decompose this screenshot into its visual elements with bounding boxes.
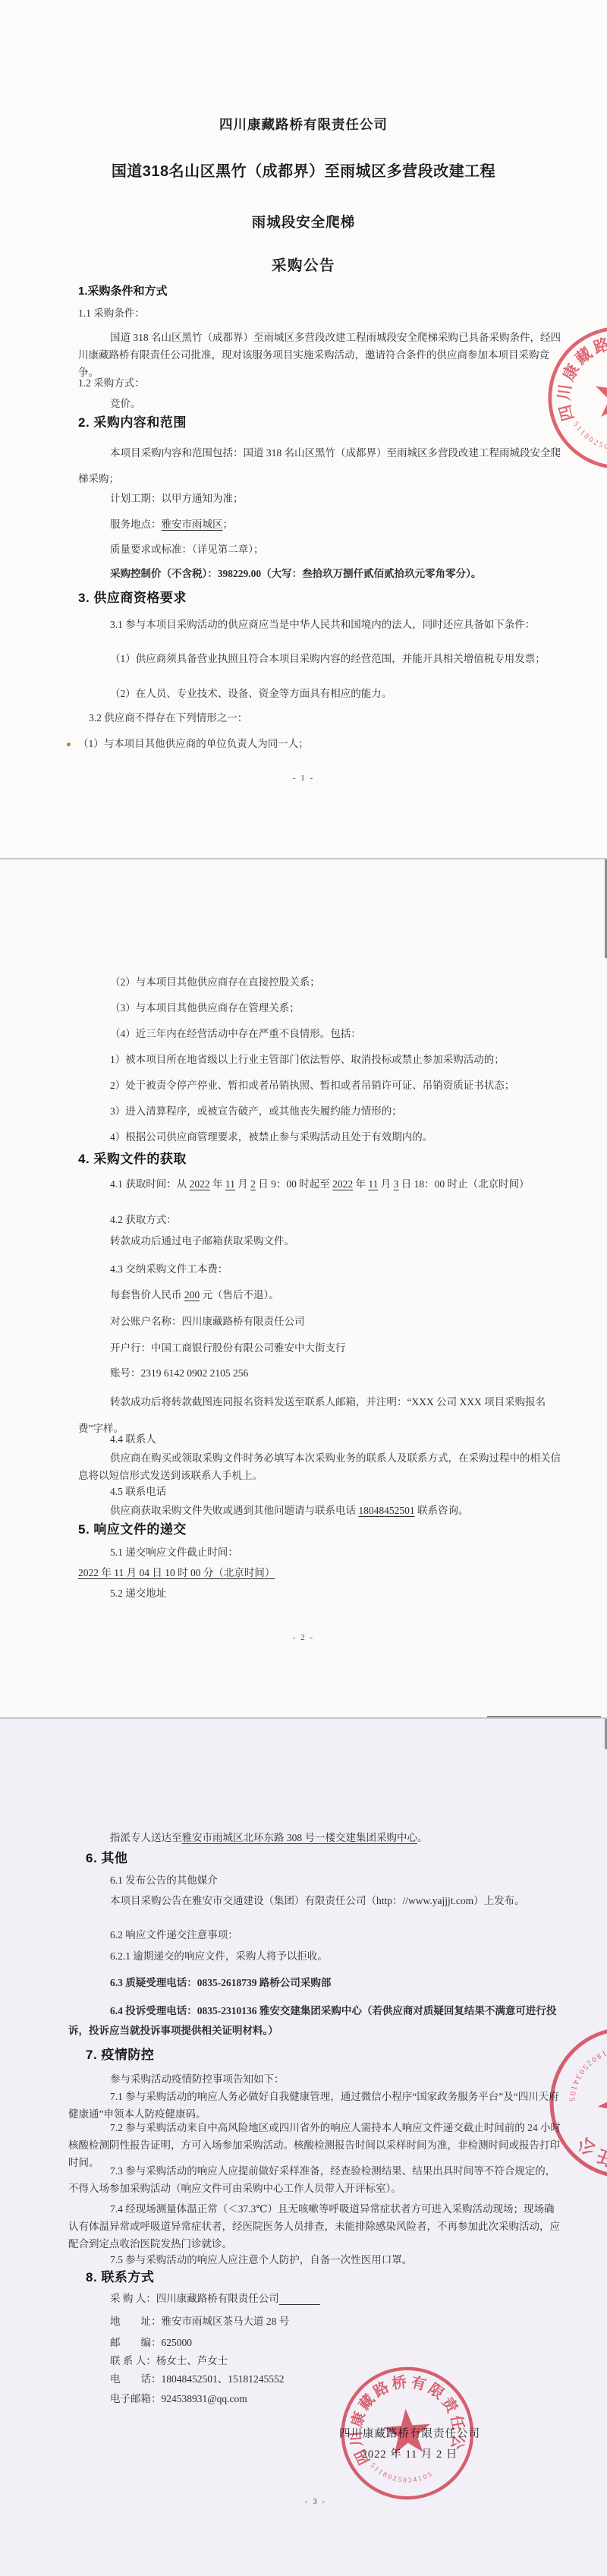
account-number: 账号：2319 6142 0902 2105 256 [78,1364,563,1382]
subheading-4-3: 4.3 交纳采购文件工本费： [78,1260,563,1278]
forbidden-item-1: （1）与本项目其他供应商的单位负责人为同一人； [78,735,563,752]
company-title: 四川康藏路桥有限责任公司 [0,116,607,134]
buyer-zipcode: 邮 编：625000 [68,2334,563,2351]
buyer-name: 采 购 人：四川康藏路桥有限责任公司 [68,2290,563,2307]
subheading-6-2: 6.2 响应文件递交注意事项： [68,1926,563,1944]
document-page-3: 指派专人送达至雅安市雨城区北环东路 308 号一楼交建集团采购中心。 6. 其他… [0,1717,607,2576]
buyer-email: 电子邮箱：924538931@qq.com [68,2390,563,2407]
seal-code-text: 5118025034105 [368,2458,435,2487]
company-seal-signature: 四川康藏路桥有限责任公司 5118025034105 [332,2358,483,2513]
subheading-5-1: 5.1 递交响应文件截止时间： [78,1543,563,1561]
heading-7: 7. 疫情防控 [86,2046,563,2064]
plan-period: 计划工期：以甲方通知为准； [78,490,563,507]
section-title: 雨城段安全爬梯 [0,213,607,231]
subheading-1-1: 1.1 采购条件： [78,304,563,322]
buyer-contacts: 联 系 人：杨女士、芦女士 [68,2352,563,2369]
para-3-1: 3.1 参与本项目采购活动的供应商应当是中华人民共和国境内的法人，同时还应具备如… [78,615,563,635]
seal-ring-text: 四川康藏路桥有限责任公司 [332,2358,470,2470]
bid-method: 竞价。 [78,395,563,412]
svg-text:5118025034105: 5118025034105 [561,2035,607,2114]
seal-star [593,2069,607,2139]
contact-note: 供应商在购买或领取采购文件时务必填写本次采购业务的联系人及联系方式，在采购过程中… [78,1449,563,1484]
seal-code-text: 5118025034105 [561,2035,607,2114]
seal-star [592,368,607,422]
heading-8: 8. 联系方式 [86,2269,563,2286]
subheading-6-1: 6.1 发布公告的其他媒介 [68,1871,563,1889]
doc-title: 采购公告 [0,257,607,275]
doc-fee: 每套售价人民币 200 元（售后不退）。 [78,1286,563,1304]
svg-text:四川康藏路桥有限责任公司: 四川康藏路桥有限责任公司 [562,2007,607,2208]
bad-record-2: 2）处于被责令停产停业、暂扣或者吊销执照、暂扣或者吊销许可证、吊销资质证书状态； [78,1077,563,1094]
publish-media: 本项目采购公告在雅安市交通建设（集团）有限责任公司（http：//www.yaj… [68,1892,563,1909]
quality-standard: 质量要求或标准：（详见第二章）； [78,541,563,558]
heading-5: 5. 响应文件的递交 [78,1521,563,1538]
forbidden-item-3: （3）与本项目其他供应商存在管理关系； [78,999,563,1017]
epidemic-7-3: 7.3 参与采购活动的响应人应提前做好采样准备，经查验检测结果、结果出具时间等不… [68,2162,563,2197]
epidemic-intro: 参与采购活动疫情防控事项告知如下： [68,2070,563,2088]
subheading-5-2: 5.2 递交地址 [78,1584,563,1602]
project-title: 国道318名山区黑竹（成都界）至雨城区多营段改建工程 [0,163,607,181]
page-number-2: - 2 - [0,1629,607,1647]
obtain-time: 4.1 获取时间：从 2022 年 11 月 2 日 9：00 时起至 2022… [78,1175,563,1193]
seal-ring-text: 四川康藏路桥有限责任公司 [562,2007,607,2208]
page-number-3: - 3 - [68,2493,563,2511]
qualification-item-2: （2）在人员、专业技术、设备、资金等方面具有相应的能力。 [78,685,563,702]
buyer-telephone: 电 话：18048452501、15181245552 [68,2370,563,2388]
contact-phone-note: 供应商获取采购文件失败或遇到其他问题请与联系电话 18048452501 联系咨… [78,1502,563,1519]
epidemic-7-4: 7.4 经现场测量体温正常（＜37.3℃）且无咳嗽等呼吸道异常症状者方可进入采购… [68,2200,563,2253]
control-price: 采购控制价（不含税）：398229.00（大写：叁拾玖万捌仟贰佰贰拾玖元零角零分… [78,565,563,582]
svg-text:四川康藏路桥有限责任公司: 四川康藏路桥有限责任公司 [332,2358,470,2470]
bank-name: 开户行：中国工商银行股份有限公司雅安中大街支行 [78,1339,563,1357]
heading-1: 1.采购条件和方式 [78,282,563,300]
late-submission-note: 6.2.1 逾期递交的响应文件，采购人将予以拒收。 [68,1947,563,1965]
qualification-item-1: （1）供应商须具备营业执照且符合本项目采购内容的经营范围，并能开具相关增值税专用… [78,649,563,669]
epidemic-7-5: 7.5 参与采购活动的响应人应注意个人防护，自备一次性医用口罩。 [68,2251,563,2269]
submit-address: 指派专人送达至雅安市雨城区北环东路 308 号一楼交建集团采购中心。 [68,1829,563,1846]
forbidden-item-4: （4）近三年内在经营活动中存在严重不良情形。包括： [78,1025,563,1042]
para-1-1: 国道 318 名山区黑竹（成都界）至雨城区多营段改建工程雨城段安全爬梯采购已具备… [78,329,563,381]
obtain-note: 转款成功后通过电子邮箱获取采购文件。 [78,1232,563,1250]
subheading-4-2: 4.2 获取方式： [78,1211,563,1228]
page-number-1: - 1 - [0,770,607,787]
bad-record-4: 4）根据公司供应商管理要求，被禁止参与采购活动且处于有效期内的。 [78,1128,563,1146]
bullet-dot [67,743,71,746]
document-page-2: （2）与本项目其他供应商存在直接控股关系； （3）与本项目其他供应商存在管理关系… [0,858,607,1717]
service-location: 服务地点：雅安市雨城区； [78,516,563,533]
submit-deadline: 2022 年 11 月 04 日 10 时 00 分（北京时间） [78,1564,563,1581]
heading-6: 6. 其他 [86,1849,563,1867]
subheading-1-2: 1.2 采购方式： [78,374,563,392]
subheading-3-2: 3.2 供应商不得存在下列情形之一： [78,709,563,727]
bad-record-3: 3）进入清算程序，或被宣告破产，或其他丧失履约能力情形的； [78,1102,563,1120]
account-name: 对公账户名称：四川康藏路桥有限责任公司 [78,1313,563,1330]
document-page-1: 四川康藏路桥有限责任公司 国道318名山区黑竹（成都界）至雨城区多营段改建工程 … [0,0,607,858]
para-2: 本项目采购内容和范围包括：国道 318 名山区黑竹（成都界）至雨城区多营段改建工… [78,440,563,492]
epidemic-7-1: 7.1 参与采购活动的响应人务必做好自我健康管理，通过微信小程序“国家政务服务平… [68,2088,563,2123]
subheading-4-4: 4.4 联系人 [78,1430,563,1448]
complaint-phone: 6.4 投诉受理电话：0835-2310136 雅安交建集团采购中心（若供应商对… [68,2001,563,2041]
query-phone: 6.3 质疑受理电话：0835-2618739 路桥公司采购部 [68,1974,563,1991]
forbidden-item-2: （2）与本项目其他供应商存在直接控股关系； [78,973,563,991]
heading-3: 3. 供应商资格要求 [78,589,563,607]
subheading-4-5: 4.5 联系电话 [78,1483,563,1500]
bad-record-1: 1）被本项目所在地省级以上行业主管部门依法暂停、取消投标或禁止参加采购活动的； [78,1051,563,1068]
seal-star [382,2407,432,2455]
heading-4: 4. 采购文件的获取 [78,1150,563,1168]
buyer-address: 地 址：雅安市雨城区茶马大道 28 号 [68,2313,563,2330]
svg-text:5118025034105: 5118025034105 [368,2458,435,2487]
heading-2: 2. 采购内容和范围 [78,414,563,431]
